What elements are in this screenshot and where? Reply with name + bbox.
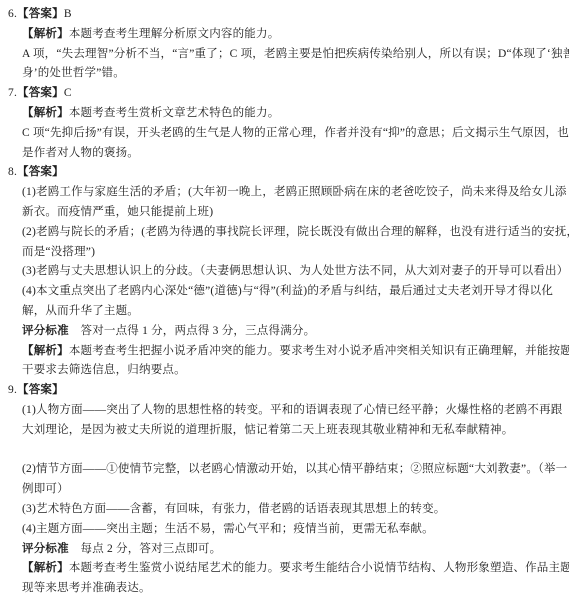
q7-answer-line: 7.【答案】C (8, 84, 569, 104)
explanation-label: 【解析】 (22, 562, 69, 574)
doc-line: 例即可） (8, 480, 569, 500)
body-text: 解，从而升华了主题。 (22, 305, 139, 317)
body-text: A 项，“失去理智”分析不当，“言”重了；C 项，老鸥主要是怕把疾病传染给别人，… (22, 48, 569, 60)
body-text: (3)老鸥与丈夫思想认识上的分歧。（夫妻俩思想认识、为人处世方法不同，从大刘对妻… (22, 265, 568, 277)
q8-point-4: (4)本文重点突出了老鸥内心深处“德”(道德)与“得”(利益)的矛盾与纠结，最后… (8, 282, 569, 302)
q9-explanation-line: 【解析】本题考查考生鉴赏小说结尾艺术的能力。要求考生能结合小说情节结构、人物形象… (8, 559, 569, 579)
body-text: 新衣。而疫情严重，她只能提前上班) (22, 206, 213, 218)
answer-label: 【答案】 (17, 8, 64, 20)
doc-line: 而是“没搭理”) (8, 243, 569, 263)
scoring-text: 答对一点得 1 分，两点得 3 分，三点得满分。 (69, 325, 316, 337)
scoring-label: 评分标准 (22, 325, 69, 337)
body-text: 是作者对人物的褒扬。 (22, 147, 139, 159)
q8-answer-line: 8.【答案】 (8, 163, 569, 183)
body-text: (1)人物方面——突出了人物的思想性格的转变。平和的语调表现了心情已经平静；火爆… (22, 404, 563, 416)
explanation-text: 本题考查考生赏析文章艺术特色的能力。 (69, 107, 280, 119)
explanation-text: 本题考查考生鉴赏小说结尾艺术的能力。要求考生能结合小说情节结构、人物形象塑造、作… (69, 562, 569, 574)
answer-value: B (64, 8, 72, 20)
answer-label: 【答案】 (17, 384, 64, 396)
body-text: 例即可） (22, 483, 69, 495)
q7-explanation-line: 【解析】本题考查考生赏析文章艺术特色的能力。 (8, 104, 569, 124)
body-text: 身’的处世哲学”错。 (22, 67, 125, 79)
q8-point-2: (2)老鸥与院长的矛盾；(老鸥为待遇的事找院长评理，院长既没有做出合理的解释，也… (8, 223, 569, 243)
doc-line: 干要求去筛选信息，归纳要点。 (8, 361, 569, 381)
explanation-label: 【解析】 (22, 345, 69, 357)
body-text: (2)情节方面——①使情节完整，以老鸥心情激动开始，以其心情平静结束；②照应标题… (22, 463, 567, 475)
question-number: 7. (8, 87, 17, 99)
body-text: (3)艺术特色方面——含蓄，有回味，有张力，借老鸥的话语表现其思想上的转变。 (22, 503, 446, 515)
question-number: 8. (8, 166, 17, 178)
q8-explanation-line: 【解析】本题考查考生把握小说矛盾冲突的能力。要求考生对小说矛盾冲突相关知识有正确… (8, 342, 569, 362)
q8-scoring-line: 评分标准 答对一点得 1 分，两点得 3 分，三点得满分。 (8, 322, 569, 342)
body-text: (2)老鸥与院长的矛盾；(老鸥为待遇的事找院长评理，院长既没有做出合理的解释，也… (22, 226, 569, 238)
doc-line: 大刘理论，是因为被丈夫所说的道理折服，惦记着第二天上班表现其敬业精神和无私奉献精… (8, 421, 569, 441)
q8-point-1: (1)老鸥工作与家庭生活的矛盾；(大年初一晚上，老鸥正照顾卧病在床的老爸吃饺子，… (8, 183, 569, 203)
doc-line: 解，从而升华了主题。 (8, 302, 569, 322)
scoring-label: 评分标准 (22, 543, 69, 555)
q9-point-1: (1)人物方面——突出了人物的思想性格的转变。平和的语调表现了心情已经平静；火爆… (8, 401, 569, 421)
body-text: (4)本文重点突出了老鸥内心深处“德”(道德)与“得”(利益)的矛盾与纠结，最后… (22, 285, 553, 297)
q6-answer-line: 6.【答案】B (8, 5, 569, 25)
doc-line: 身’的处世哲学”错。 (8, 64, 569, 84)
q9-point-2: (2)情节方面——①使情节完整，以老鸥心情激动开始，以其心情平静结束；②照应标题… (8, 460, 569, 480)
explanation-label: 【解析】 (22, 28, 69, 40)
doc-line: 是作者对人物的褒扬。 (8, 144, 569, 164)
q6-explanation-line: 【解析】本题考查考生理解分析原文内容的能力。 (8, 25, 569, 45)
body-text: 大刘理论，是因为被丈夫所说的道理折服，惦记着第二天上班表现其敬业精神和无私奉献精… (22, 424, 513, 436)
q9-answer-line: 9.【答案】 (8, 381, 569, 401)
q9-point-3: (3)艺术特色方面——含蓄，有回味，有张力，借老鸥的话语表现其思想上的转变。 (8, 500, 569, 520)
body-text: (4)主题方面——突出主题；生活不易，需心气平和；疫情当前，更需无私奉献。 (22, 523, 434, 535)
explanation-text: 本题考查考生把握小说矛盾冲突的能力。要求考生对小说矛盾冲突相关知识有正确理解，并… (69, 345, 569, 357)
explanation-text: 本题考查考生理解分析原文内容的能力。 (69, 28, 280, 40)
answer-label: 【答案】 (17, 166, 64, 178)
body-text: 干要求去筛选信息，归纳要点。 (22, 364, 186, 376)
body-text: C 项“先抑后扬”有误，开头老鸥的生气是人物的正常心理，作者并没有“抑”的意思；… (22, 127, 569, 139)
q9-point-4: (4)主题方面——突出主题；生活不易，需心气平和；疫情当前，更需无私奉献。 (8, 520, 569, 540)
q9-scoring-line: 评分标准 每点 2 分，答对三点即可。 (8, 540, 569, 560)
doc-line: 新衣。而疫情严重，她只能提前上班) (8, 203, 569, 223)
document-page: 6.【答案】B 【解析】本题考查考生理解分析原文内容的能力。 A 项，“失去理智… (0, 0, 573, 600)
question-number: 6. (8, 8, 17, 20)
doc-line: 现等来思考并准确表达。 (8, 579, 569, 599)
answer-label: 【答案】 (17, 87, 64, 99)
doc-line: C 项“先抑后扬”有误，开头老鸥的生气是人物的正常心理，作者并没有“抑”的意思；… (8, 124, 569, 144)
question-number: 9. (8, 384, 17, 396)
q8-point-3: (3)老鸥与丈夫思想认识上的分歧。（夫妻俩思想认识、为人处世方法不同，从大刘对妻… (8, 262, 569, 282)
blank-line (8, 441, 569, 461)
body-text: 而是“没搭理”) (22, 246, 95, 258)
scoring-text: 每点 2 分，答对三点即可。 (69, 543, 222, 555)
explanation-label: 【解析】 (22, 107, 69, 119)
doc-line: A 项，“失去理智”分析不当，“言”重了；C 项，老鸥主要是怕把疾病传染给别人，… (8, 45, 569, 65)
body-text: 现等来思考并准确表达。 (22, 582, 151, 594)
answer-value: C (64, 87, 72, 99)
body-text: (1)老鸥工作与家庭生活的矛盾；(大年初一晚上，老鸥正照顾卧病在床的老爸吃饺子，… (22, 186, 567, 198)
